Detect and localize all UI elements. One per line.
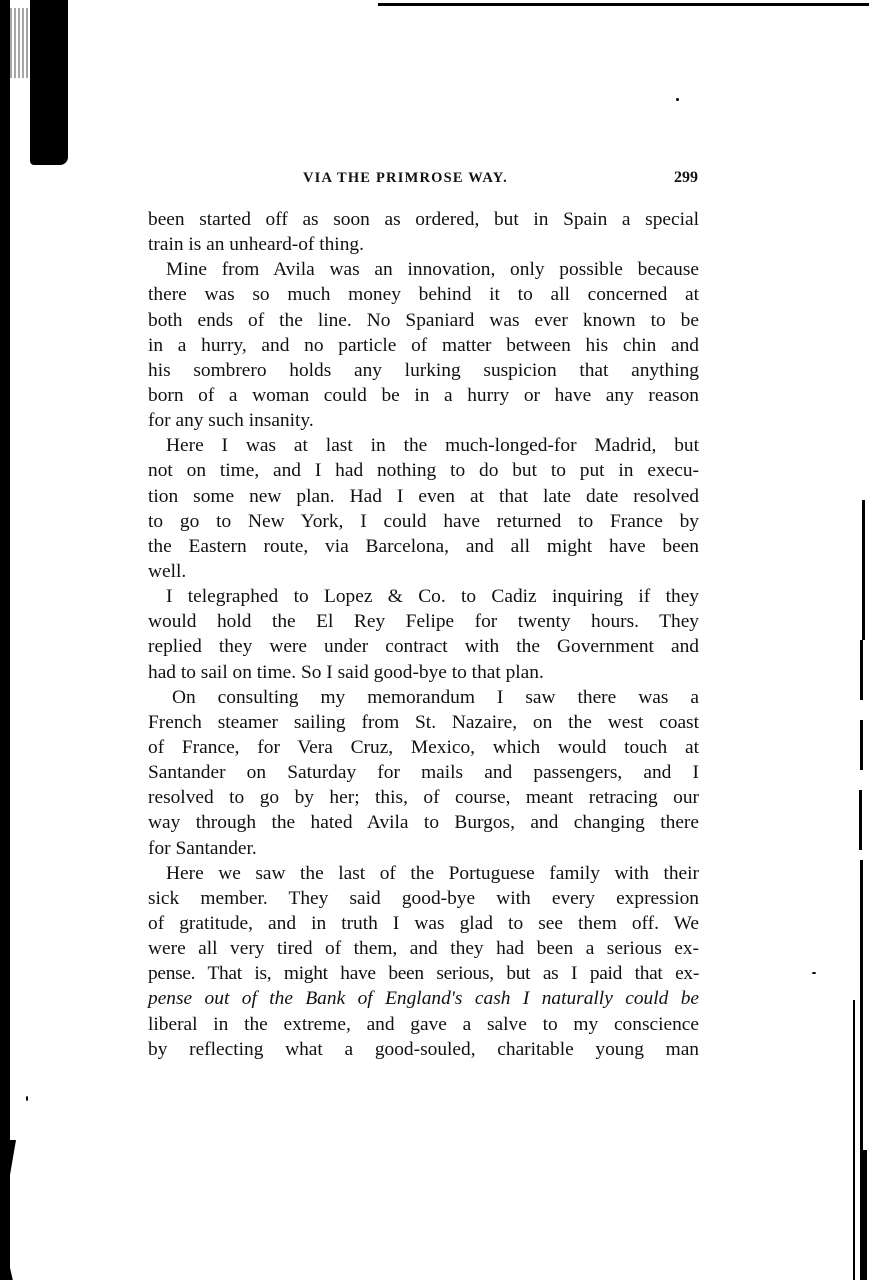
scan-right-edge [860,640,863,700]
text-line: Santander on Saturday for mails and pass… [148,760,699,785]
text-line: by reflecting what a good-souled, charit… [148,1037,699,1062]
text-line: resolved to go by her; this, of course, … [148,785,699,810]
text-line: for any such insanity. [148,408,699,433]
paragraph: Here I was at last in the much-longed-fo… [148,433,699,584]
text-line: Here we saw the last of the Portuguese f… [148,861,699,886]
running-head: VIA THE PRIMROSE WAY. 299 [303,170,698,192]
text-line: train is an unheard-of thing. [148,232,699,257]
text-line: in a hurry, and no particle of matter be… [148,333,699,358]
scan-right-edge [859,790,862,850]
text-line: On consulting my memorandum I saw there … [148,685,699,710]
paragraph: Mine from Avila was an innovation, only … [148,257,699,433]
text-line: for Santander. [148,836,699,861]
paragraph: On consulting my memorandum I saw there … [148,685,699,861]
body-text: been started off as soon as ordered, but… [148,207,699,1062]
scan-right-edge [853,1000,855,1280]
text-line: I telegraphed to Lopez & Co. to Cadiz in… [148,584,699,609]
text-line: Mine from Avila was an innovation, only … [148,257,699,282]
text-line: pense. That is, might have been serious,… [148,961,699,986]
text-line: the Eastern route, via Barcelona, and al… [148,534,699,559]
text-line: Here I was at last in the much-longed-fo… [148,433,699,458]
text-line: sick member. They said good-bye with eve… [148,886,699,911]
text-line: not on time, and I had nothing to do but… [148,458,699,483]
text-line: would hold the El Rey Felipe for twenty … [148,609,699,634]
text-line: liberal in the extreme, and gave a salve… [148,1012,699,1037]
scan-top-edge [378,3,869,6]
text-line: to go to New York, I could have returned… [148,509,699,534]
text-line: his sombrero holds any lurking suspicion… [148,358,699,383]
text-line: of gratitude, and in truth I was glad to… [148,911,699,936]
paragraph: been started off as soon as ordered, but… [148,207,699,257]
text-line: there was so much money behind it to all… [148,282,699,307]
text-line: both ends of the line. No Spaniard was e… [148,308,699,333]
text-line: were all very tired of them, and they ha… [148,936,699,961]
scan-binding-edge [0,0,10,1280]
scan-right-edge [862,1150,867,1280]
scan-speck [26,1096,28,1101]
running-head-title: VIA THE PRIMROSE WAY. [303,170,508,187]
text-line: of France, for Vera Cruz, Mexico, which … [148,735,699,760]
text-line: tion some new plan. Had I even at that l… [148,484,699,509]
scan-speck [812,972,816,974]
text-line: French steamer sailing from St. Nazaire,… [148,710,699,735]
text-line: well. [148,559,699,584]
scan-speck [676,98,679,101]
text-line: pense out of the Bank of England's cash … [148,986,699,1011]
scan-binding-shadow [30,0,68,165]
text-line: replied they were under contract with th… [148,634,699,659]
text-line: been started off as soon as ordered, but… [148,207,699,232]
text-line: born of a woman could be in a hurry or h… [148,383,699,408]
paragraph: Here we saw the last of the Portuguese f… [148,861,699,1062]
scan-right-edge [862,500,865,640]
text-line: way through the hated Avila to Burgos, a… [148,810,699,835]
page-number: 299 [674,169,698,187]
paragraph: I telegraphed to Lopez & Co. to Cadiz in… [148,584,699,685]
scan-right-edge [860,720,863,770]
text-line: had to sail on time. So I said good-bye … [148,660,699,685]
